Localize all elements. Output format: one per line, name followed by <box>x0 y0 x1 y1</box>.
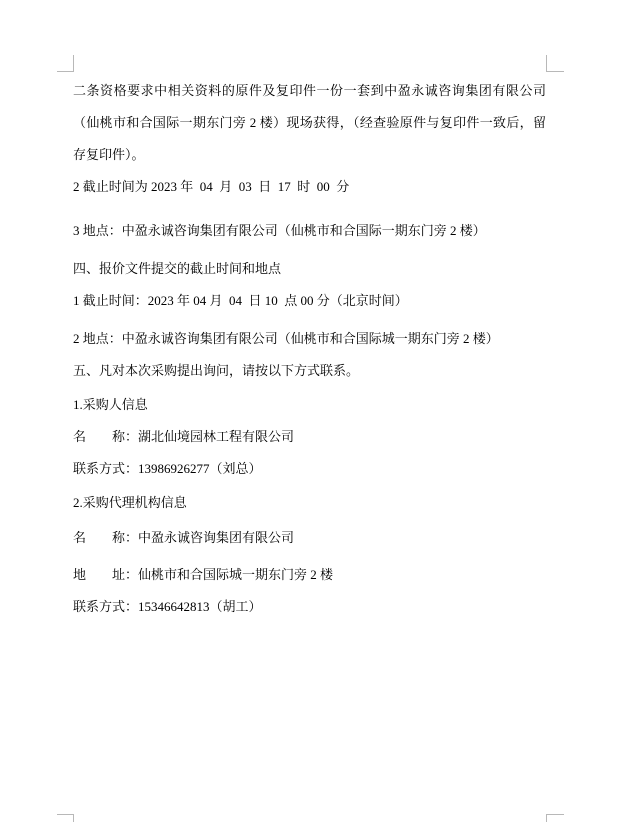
document-page: 二条资格要求中相关资料的原件及复印件一份一套到中盈永诚咨询集团有限公司（仙桃市和… <box>0 0 626 822</box>
margin-mark-bottom-left-icon <box>57 814 74 822</box>
document-text-area: 二条资格要求中相关资料的原件及复印件一份一套到中盈永诚咨询集团有限公司（仙桃市和… <box>73 75 546 623</box>
paragraph-5: 1 截止时间：2023 年 04 月 04 日 10 点 00 分（北京时间） <box>73 285 546 317</box>
paragraph-4: 四、报价文件提交的截止时间和地点 <box>73 253 546 285</box>
margin-mark-top-left-icon <box>57 55 74 72</box>
paragraph-3: 3 地点：中盈永诚咨询集团有限公司（仙桃市和合国际一期东门旁 2 楼） <box>73 215 546 247</box>
paragraph-1: 二条资格要求中相关资料的原件及复印件一份一套到中盈永诚咨询集团有限公司（仙桃市和… <box>73 75 546 171</box>
paragraph-14: 联系方式：15346642813（胡工） <box>73 591 546 623</box>
paragraph-7: 五、凡对本次采购提出询问，请按以下方式联系。 <box>73 355 546 387</box>
paragraph-6: 2 地点：中盈永诚咨询集团有限公司（仙桃市和合国际城一期东门旁 2 楼） <box>73 323 546 355</box>
paragraph-13: 地 址：仙桃市和合国际城一期东门旁 2 楼 <box>73 559 546 591</box>
paragraph-10: 联系方式：13986926277（刘总） <box>73 453 546 485</box>
paragraph-8: 1.采购人信息 <box>73 389 546 421</box>
paragraph-2: 2 截止时间为 2023 年 04 月 03 日 17 时 00 分 <box>73 171 546 203</box>
paragraph-11: 2.采购代理机构信息 <box>73 487 546 519</box>
paragraph-9: 名 称：湖北仙境园林工程有限公司 <box>73 421 546 453</box>
margin-mark-top-right-icon <box>546 55 564 72</box>
margin-mark-bottom-right-icon <box>546 814 564 822</box>
paragraph-12: 名 称：中盈永诚咨询集团有限公司 <box>73 522 546 554</box>
